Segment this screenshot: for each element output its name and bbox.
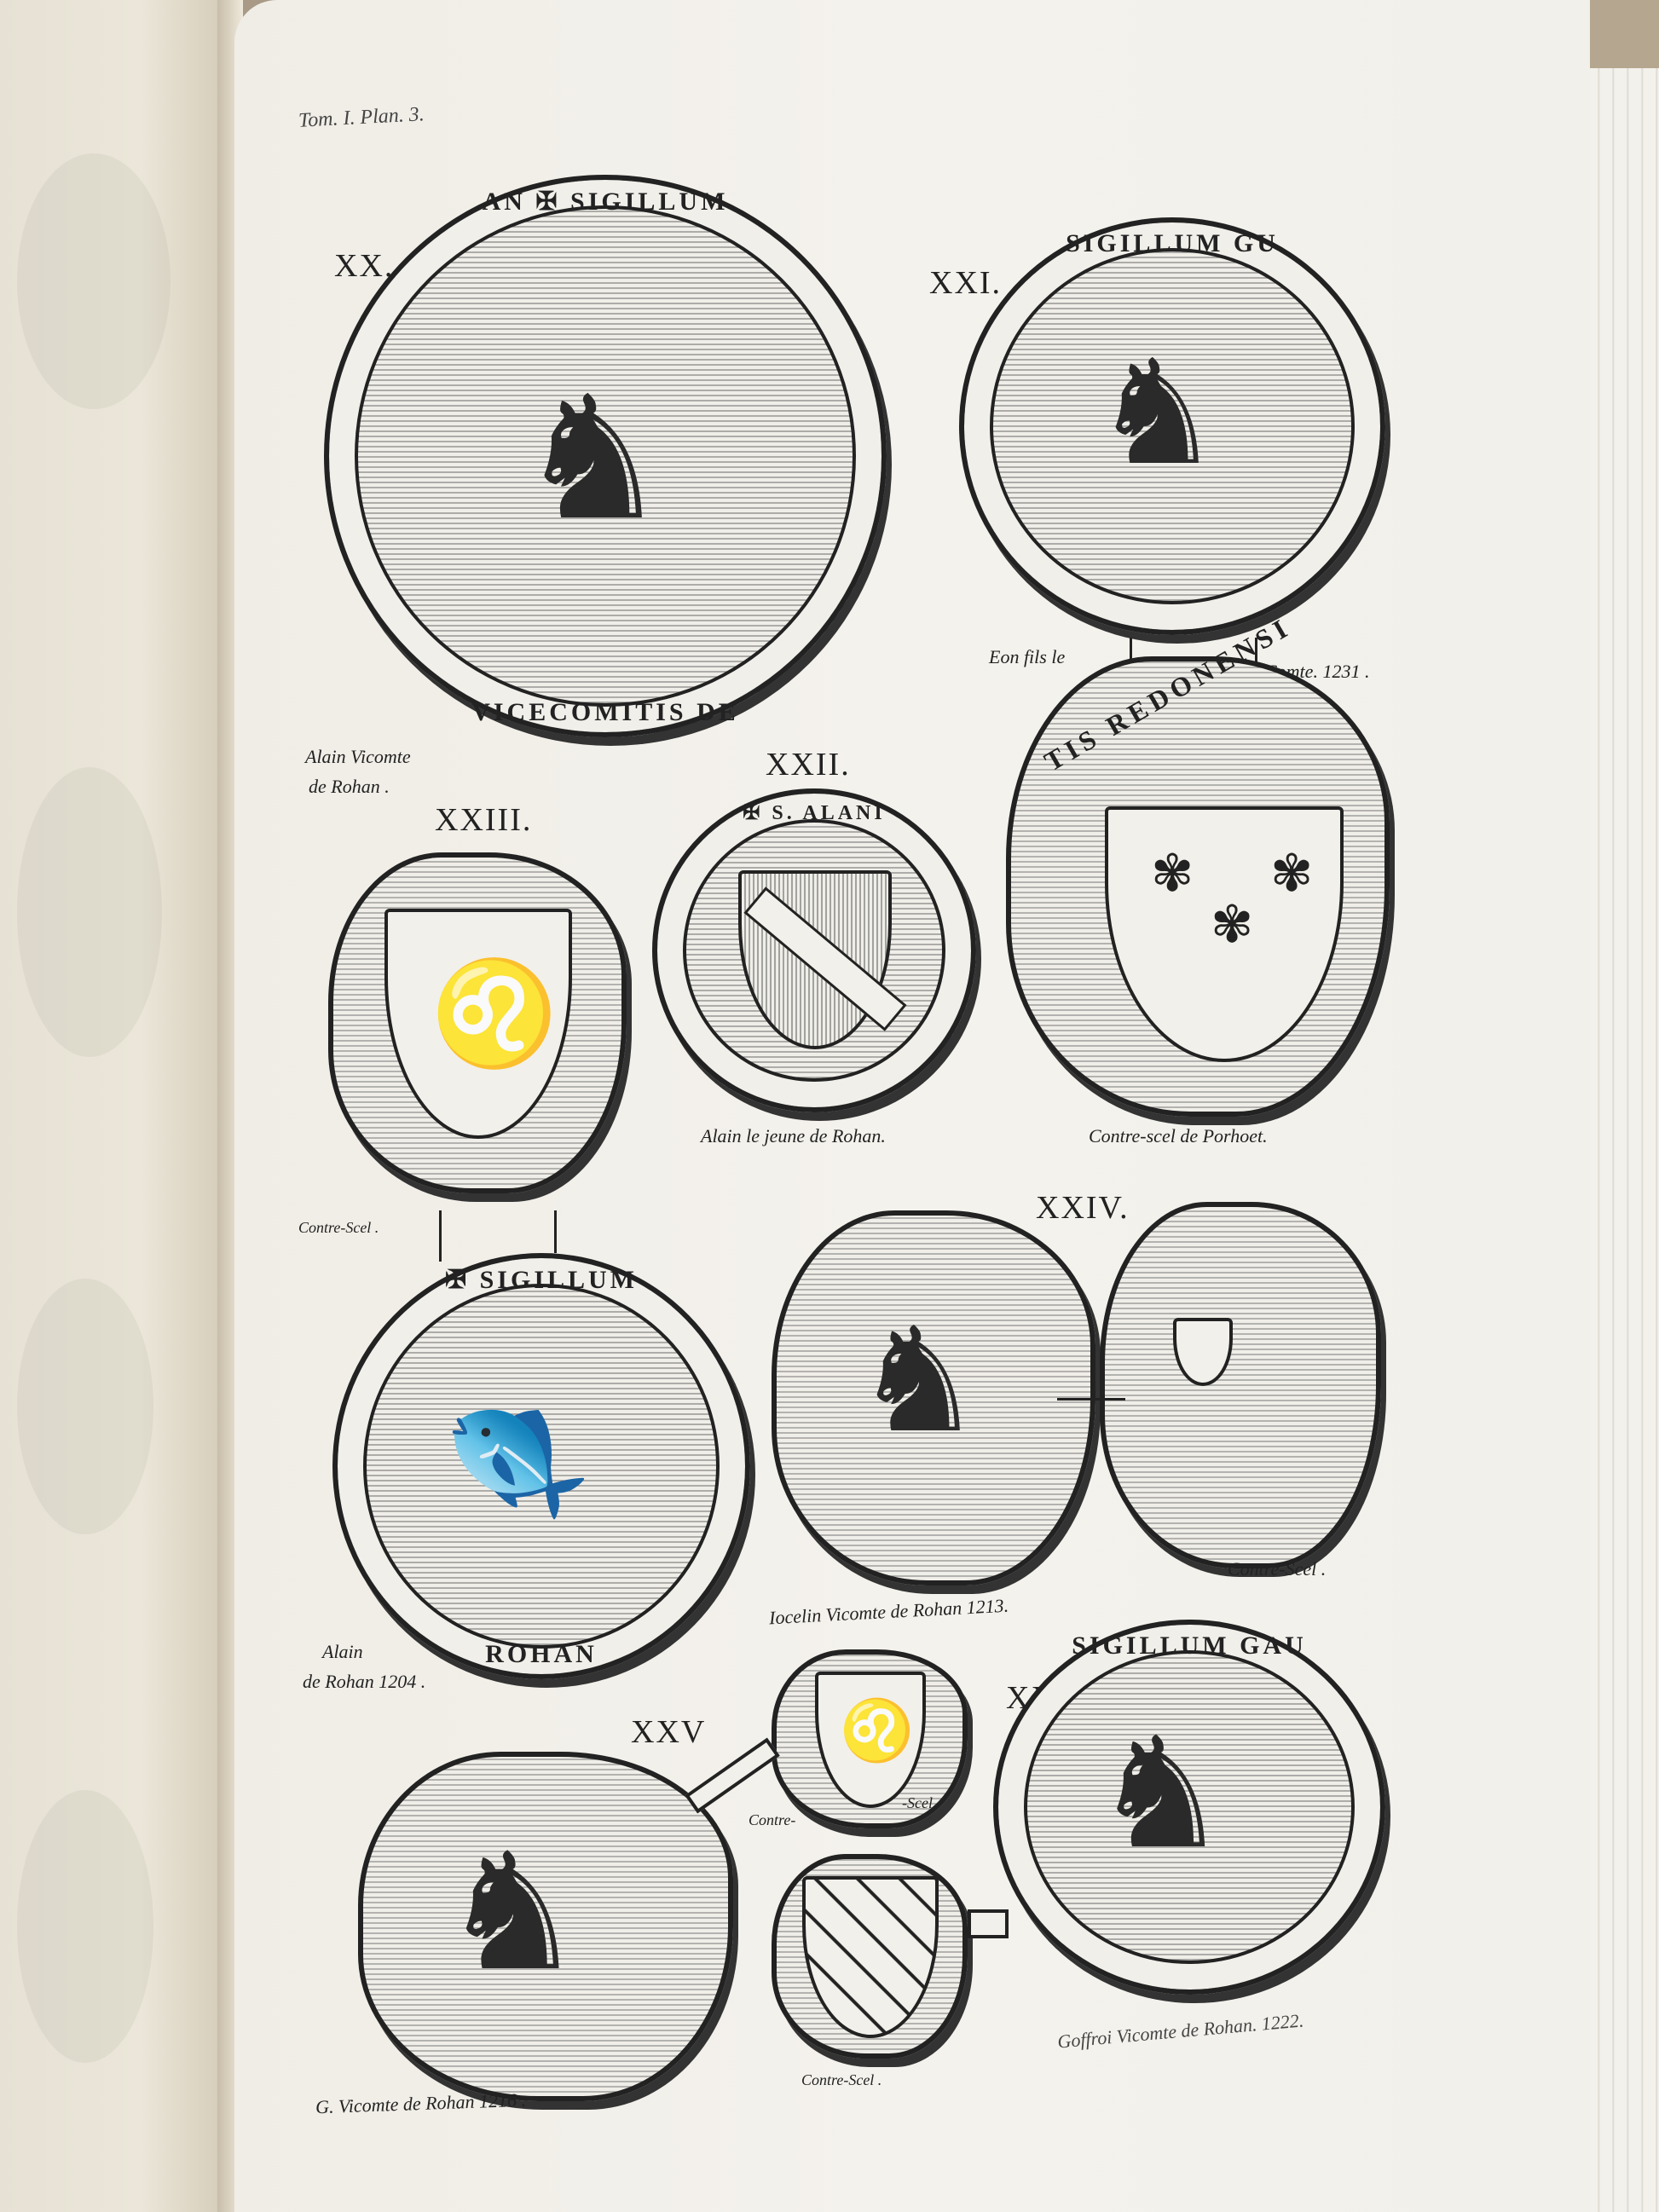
- feather-icon: ✾: [1211, 895, 1253, 955]
- seal-legend: AN ✠ SIGILLUM: [329, 187, 882, 217]
- knight-on-horse-icon: ♞: [440, 1834, 585, 1995]
- seal-xxv: ♞: [358, 1752, 733, 2101]
- connector-tag: [968, 1909, 1009, 1938]
- seal-caption: Alain: [322, 1641, 363, 1663]
- shield-with-lion-icon: ♌: [815, 1672, 926, 1808]
- seal-caption: Contre-Scel .: [1228, 1558, 1326, 1580]
- ghost-seal-impression: [17, 1279, 153, 1534]
- ghost-seal-impression: [17, 767, 162, 1057]
- seal-numeral: XXIII.: [435, 801, 532, 839]
- seal-legend: ✠ S. ALANI: [657, 800, 971, 825]
- seal-caption: Eon fils le: [989, 646, 1065, 668]
- seal-alain-1204: ✠ SIGILLUM ROHAN 🐟: [332, 1253, 750, 1679]
- page-edges: [1586, 68, 1659, 2212]
- lion-rampant-icon: ♌: [431, 955, 558, 1074]
- bend-stripe: [743, 887, 906, 1031]
- feather-icon: ✾: [1270, 844, 1313, 904]
- small-shield-icon: [1173, 1318, 1233, 1386]
- seal-caption: -Scel .: [902, 1794, 940, 1812]
- seal-numeral: XXIV.: [1036, 1189, 1130, 1227]
- shield-with-lozenges-icon: [802, 1876, 939, 2038]
- counter-seal-xxiv: [1100, 1202, 1381, 1568]
- seal-caption: Contre-Scel .: [298, 1219, 379, 1237]
- connector-line: [1057, 1398, 1125, 1401]
- knight-on-horse-icon: ♞: [853, 1309, 983, 1454]
- horseman-icon: ♞: [517, 376, 669, 546]
- counter-seal-xxv-lozenges: [772, 1854, 968, 2059]
- seal-caption: Alain le jeune de Rohan.: [701, 1125, 886, 1147]
- seal-numeral: XXV: [631, 1713, 706, 1751]
- lion-rampant-icon: ♌: [840, 1696, 914, 1766]
- seal-numeral: XXI.: [929, 264, 1002, 302]
- seal-xxi: SIGILLUM GU ♞: [959, 217, 1385, 635]
- shield-with-lion-icon: ♌: [384, 909, 572, 1139]
- seal-legend: ✠ SIGILLUM: [338, 1265, 745, 1295]
- seal-caption: Alain Vicomte: [305, 746, 411, 768]
- seal-legend: ROHAN: [338, 1640, 745, 1669]
- connector-line: [439, 1210, 442, 1262]
- seal-caption: Contre-: [749, 1811, 795, 1829]
- seal-xxvi: SIGILLUM GAU ♞: [993, 1620, 1385, 1995]
- seal-caption: de Rohan .: [309, 776, 390, 798]
- connector-line: [554, 1210, 557, 1253]
- knight-on-horse-icon: ♞: [1092, 1718, 1229, 1872]
- seal-xxiv: ♞: [772, 1210, 1095, 1585]
- seal-legend: VICECOMITIS DE: [329, 698, 882, 727]
- feather-icon: ✾: [1151, 844, 1194, 904]
- seal-numeral: XXII.: [766, 746, 851, 783]
- shield-with-peacock-feathers-icon: ✾ ✾ ✾: [1105, 806, 1344, 1062]
- ghost-seal-impression: [17, 1790, 153, 2063]
- seal-caption: Contre-scel de Porhoet.: [1089, 1125, 1268, 1147]
- seal-legend: SIGILLUM GU: [964, 229, 1380, 258]
- seal-caption: de Rohan 1204 .: [303, 1671, 425, 1693]
- ghost-seal-impression: [17, 153, 171, 409]
- knight-on-horse-icon: ♞: [1092, 342, 1222, 487]
- counter-seal-porhoet: ✾ ✾ ✾ TIS REDONENSI: [1006, 656, 1390, 1117]
- seal-caption: Contre-Scel .: [801, 2071, 882, 2089]
- seal-xxii: ✠ S. ALANI: [652, 788, 976, 1112]
- counter-seal-xxiii: ♌: [328, 852, 627, 1193]
- left-facing-page: [0, 0, 234, 2212]
- seal-legend: SIGILLUM GAU: [998, 1632, 1380, 1660]
- fish-icon: 🐟: [418, 1352, 621, 1548]
- shield-with-bend-icon: [738, 870, 892, 1049]
- seal-xx: AN ✠ SIGILLUM VICECOMITIS DE ♞: [324, 175, 887, 737]
